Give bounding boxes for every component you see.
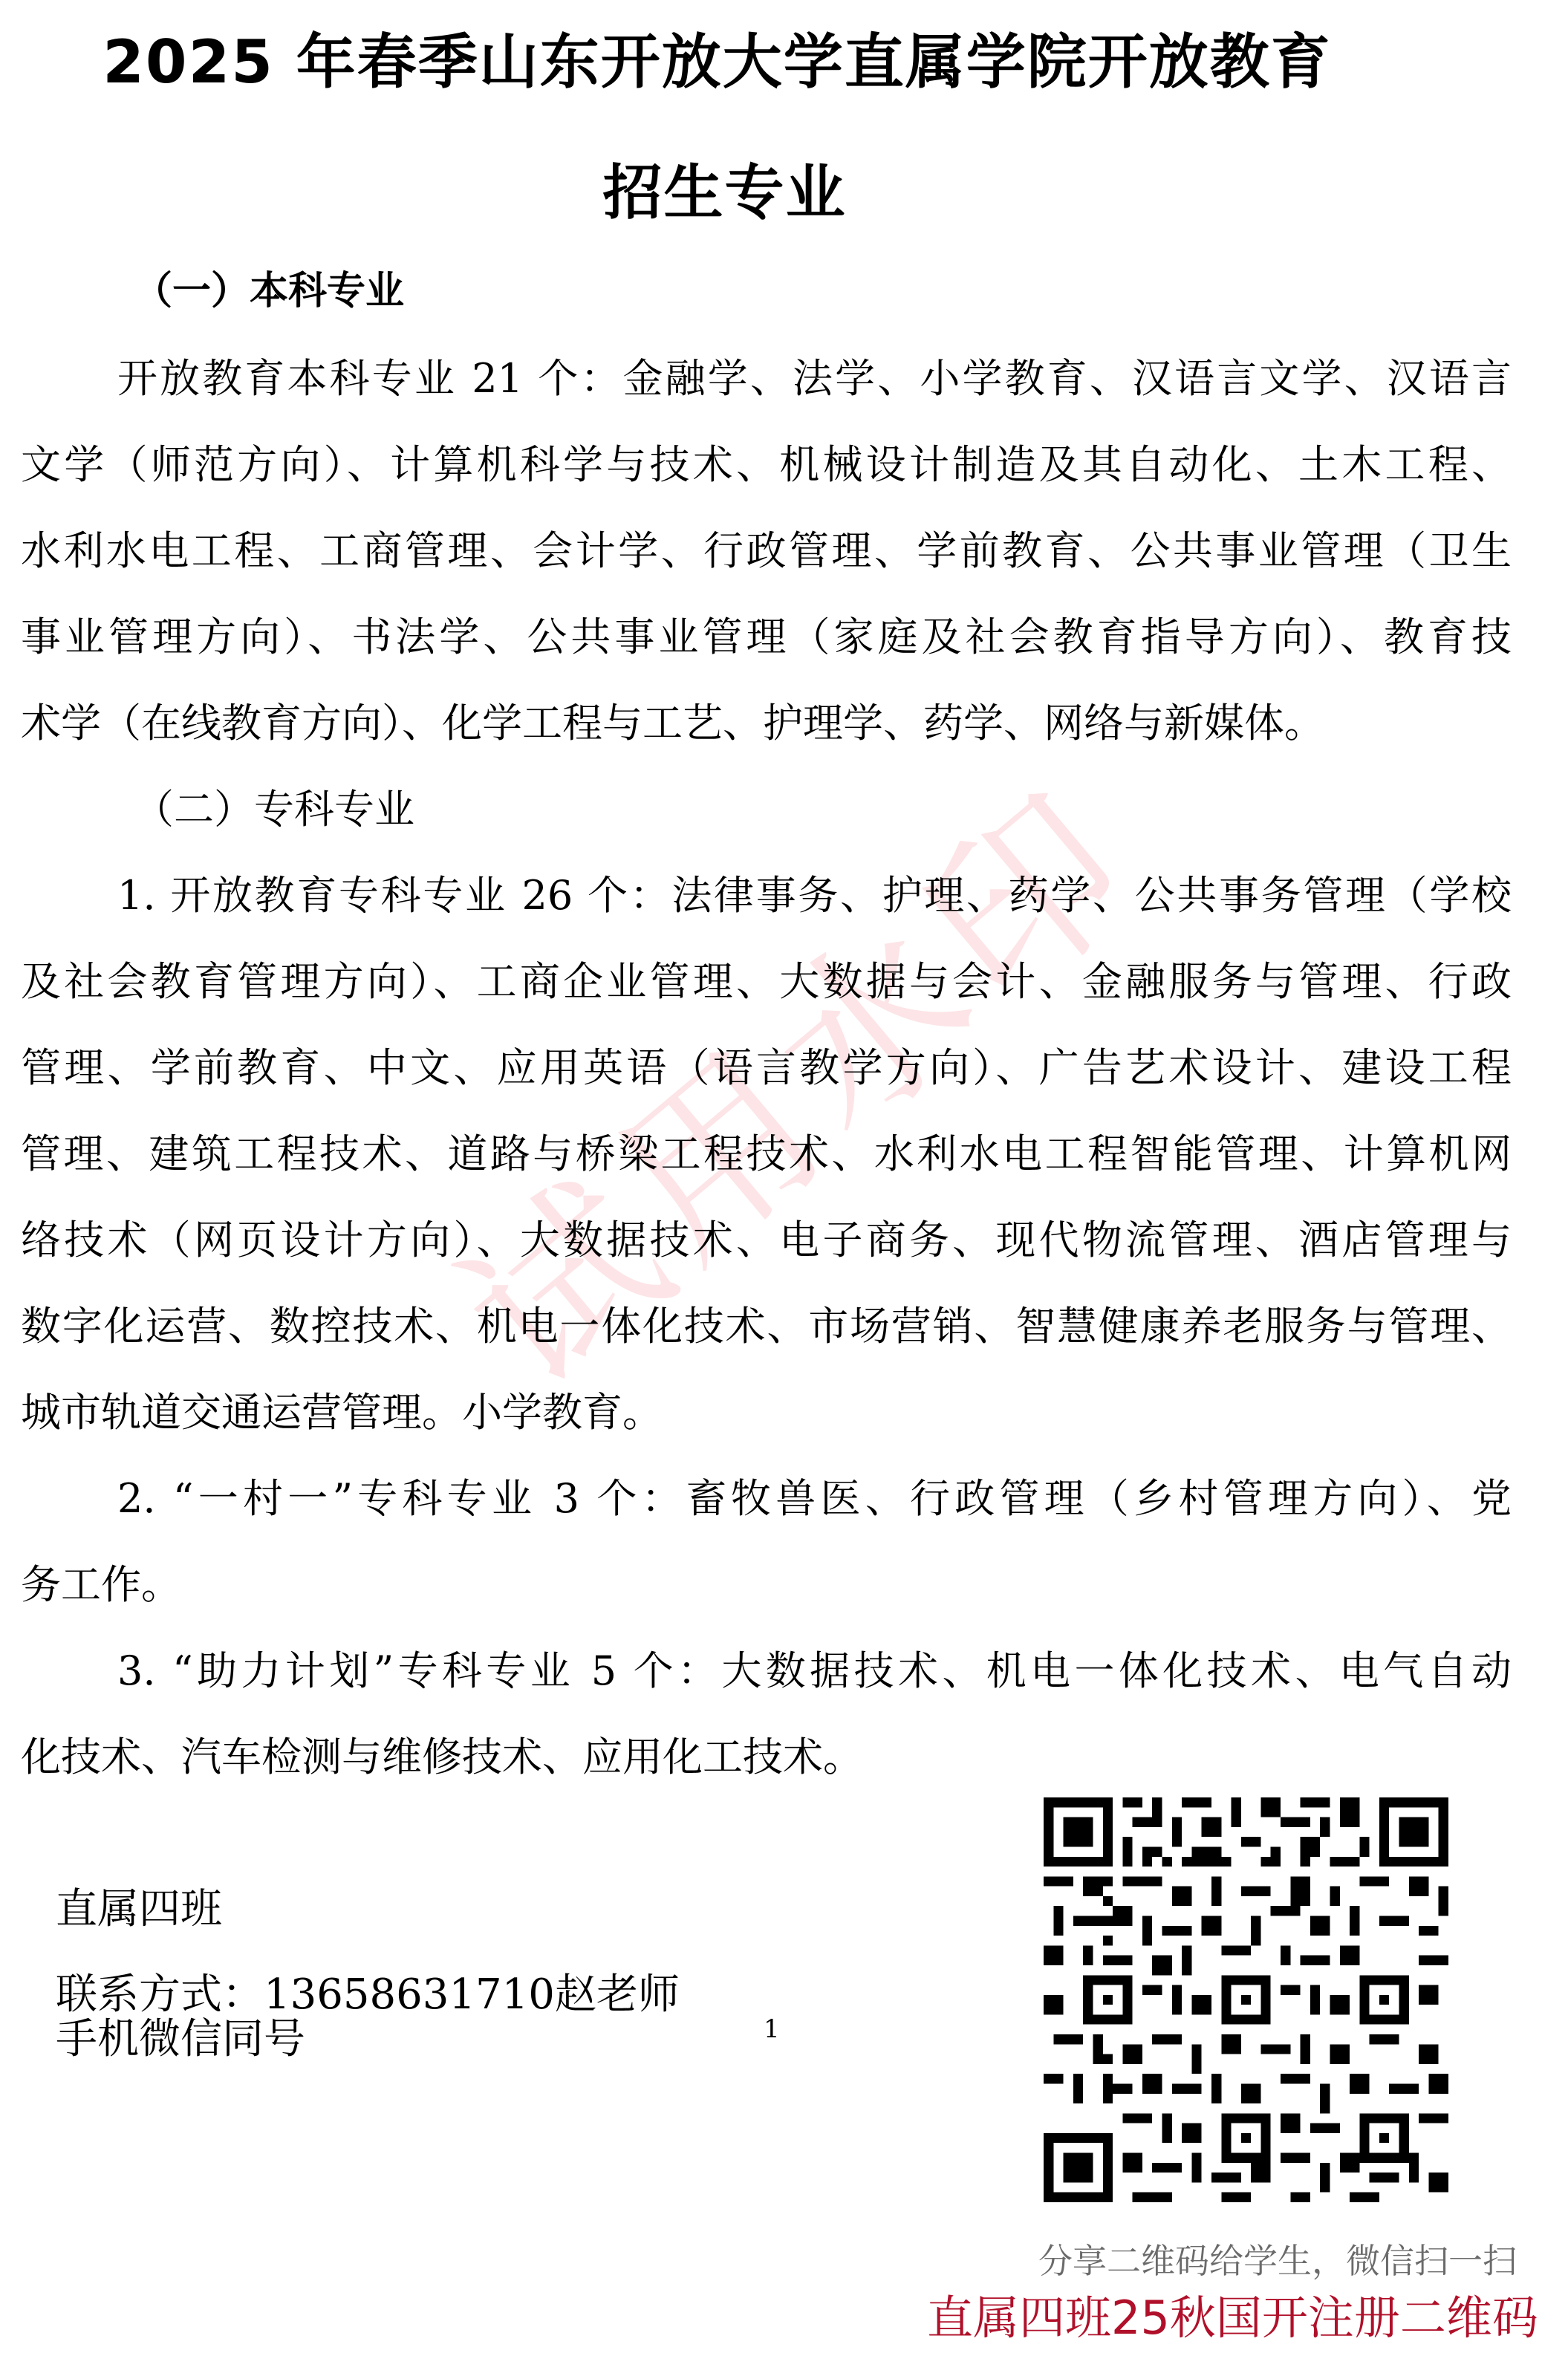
contact-line: 联系方式：13658631710赵老师 bbox=[56, 1972, 680, 2018]
qr-caption: 分享二维码给学生，微信扫一扫 bbox=[988, 2234, 1567, 2283]
paragraph-line: 事业管理方向）、书法学、公共事业管理（家庭及社会教育指导方向）、教育技 bbox=[21, 615, 1512, 660]
paragraph-line: 文学（师范方向）、计算机科学与技术、机械设计制造及其自动化、土木工程、 bbox=[21, 443, 1512, 487]
paragraph-line: 络技术（网页设计方向）、大数据技术、电子商务、现代物流管理、酒店管理与 bbox=[21, 1218, 1512, 1263]
section-heading-undergraduate: （一）本科专业 bbox=[134, 269, 1568, 313]
section-heading-junior-college: （二）专科专业 bbox=[134, 787, 1568, 832]
page-number: 1 bbox=[764, 2014, 780, 2044]
document-title-line-2: 招生专业 bbox=[0, 163, 1509, 223]
paragraph-line: 水利水电工程、工商管理、会计学、行政管理、学前教育、公共事业管理（卫生 bbox=[21, 529, 1512, 573]
paragraph-line: 术学（在线教育方向）、化学工程与工艺、护理学、药学、网络与新媒体。 bbox=[21, 701, 1543, 746]
paragraph-line: 城市轨道交通运营管理。小学教育。 bbox=[21, 1390, 1543, 1435]
class-name: 直属四班 bbox=[56, 1887, 222, 1933]
paragraph-line: 开放教育本科专业 21 个：金融学、法学、小学教育、汉语言文学、汉语言 bbox=[117, 357, 1512, 401]
document-page: 试用水印 2025 年春季山东开放大学直属学院开放教育 招生专业 （一）本科专业… bbox=[0, 0, 1568, 2353]
paragraph-line: 2. “一村一”专科专业 3 个：畜牧兽医、行政管理（乡村管理方向）、党 bbox=[117, 1477, 1512, 1521]
paragraph-line: 及社会教育管理方向）、工商企业管理、大数据与会计、金融服务与管理、行政 bbox=[21, 960, 1512, 1004]
qr-code-icon[interactable] bbox=[1044, 1797, 1448, 2202]
paragraph-line: 管理、建筑工程技术、道路与桥梁工程技术、水利水电工程智能管理、计算机网 bbox=[21, 1132, 1512, 1176]
paragraph-line: 化技术、汽车检测与维修技术、应用化工技术。 bbox=[21, 1735, 1543, 1780]
paragraph-line: 1. 开放教育专科专业 26 个：法律事务、护理、药学、公共事务管理（学校 bbox=[117, 873, 1512, 918]
paragraph-line: 务工作。 bbox=[21, 1563, 1543, 1607]
wechat-note: 手机微信同号 bbox=[56, 2017, 305, 2063]
qr-title: 直属四班25秋国开注册二维码 bbox=[927, 2292, 1568, 2344]
paragraph-line: 3. “助力计划”专科专业 5 个：大数据技术、机电一体化技术、电气自动 bbox=[117, 1649, 1512, 1693]
paragraph-line: 数字化运营、数控技术、机电一体化技术、市场营销、智慧健康养老服务与管理、 bbox=[21, 1304, 1512, 1349]
document-title-line-1: 2025 年春季山东开放大学直属学院开放教育 bbox=[0, 33, 1501, 92]
paragraph-line: 管理、学前教育、中文、应用英语（语言教学方向）、广告艺术设计、建设工程 bbox=[21, 1046, 1512, 1090]
